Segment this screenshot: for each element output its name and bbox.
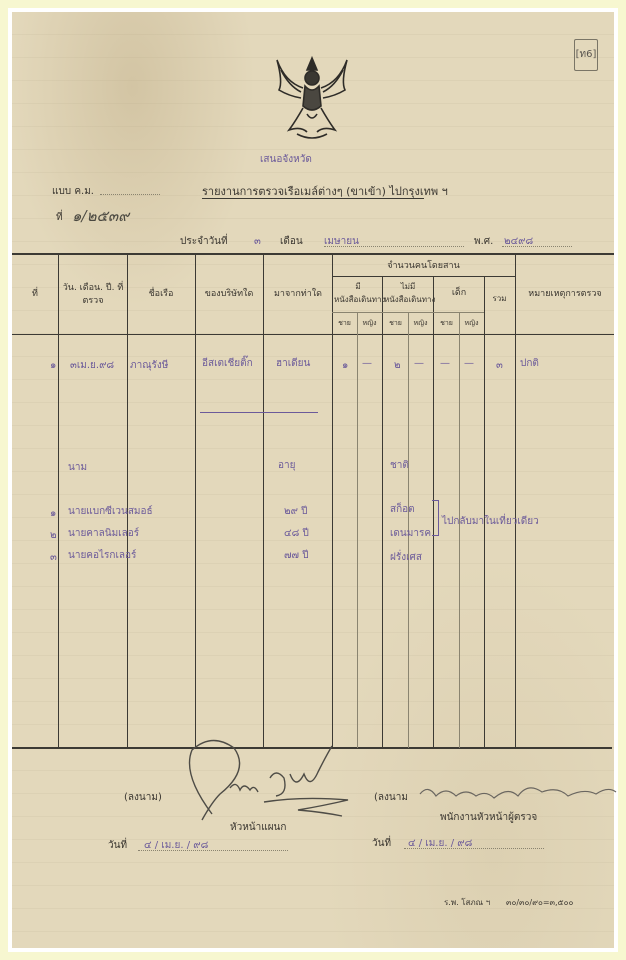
row-company: อีสเตเชียติ๊ก [202, 356, 253, 371]
row-ship-name: ภาณุรังษี [130, 358, 168, 373]
header-female: หญิง [459, 317, 484, 330]
passenger-no: ๓ [50, 550, 57, 565]
header-company: ของบริษัทใด [196, 288, 262, 301]
col-divider [127, 254, 128, 748]
header-total: รวม [484, 292, 515, 305]
header-bottom-border [12, 334, 614, 335]
col-divider [263, 254, 264, 748]
page-number: [ท6] [574, 39, 598, 71]
nationality-label: ชาติ [390, 458, 409, 473]
document-paper: [ท6] เสนอจังหวัด แบบ ค.ม. รายงานการตรวจเ… [12, 12, 614, 948]
form-code-label: แบบ ค.ม. [52, 184, 94, 199]
row-child-male: — [440, 358, 450, 369]
subcol-divider [357, 312, 358, 748]
header-children: เด็ก [434, 287, 484, 300]
row-remarks: ปกติ [520, 356, 539, 371]
row-with-male: ๑ [342, 358, 348, 373]
year-line [502, 246, 572, 247]
table-top-border [12, 253, 614, 255]
printer-name: ร.พ. โสภณ ฯ [444, 896, 490, 909]
col-divider [58, 254, 59, 748]
passenger-name: นายแบกซีเวนสมอธ์ [68, 504, 153, 519]
left-sign-position: หัวหน้าแผนก [230, 820, 286, 835]
age-label: อายุ [278, 458, 295, 473]
name-label: นาม [68, 460, 87, 475]
separator-line [200, 412, 318, 413]
left-date-label: วันที่ [108, 838, 127, 853]
header-divider [332, 312, 484, 313]
header-date: วัน. เดือน. ปี. ที่ตรวจ [60, 282, 126, 308]
header-no: ที่ [12, 288, 58, 301]
right-sign-position: พนักงานหัวหน้าผู้ตรวจ [440, 810, 537, 825]
garuda-emblem-icon [267, 52, 357, 144]
title-underline [202, 198, 424, 199]
year-label: พ.ศ. [474, 234, 493, 249]
print-code: ๓๐/๓๐/๙๐=๓,๕๐๐ [506, 896, 573, 909]
row-with-female: — [362, 358, 372, 369]
subcol-divider [459, 312, 460, 748]
header-passengers-group: จำนวนคนโดยสาน [332, 260, 515, 273]
header-female: หญิง [357, 317, 382, 330]
passenger-age: ๔๘ ปี [284, 526, 309, 541]
right-date-label: วันที่ [372, 836, 391, 851]
reference-label: ที่ [56, 210, 63, 225]
col-divider [195, 254, 196, 748]
month-label: เดือน [280, 234, 303, 249]
reference-value: ๑/๒๕๓๙ [72, 204, 129, 228]
report-day: ๓ [254, 234, 261, 249]
left-signature-icon [172, 734, 362, 824]
right-signature-icon [418, 780, 618, 806]
passenger-nationality: เดนมารค [390, 526, 431, 541]
header-male: ชาย [332, 317, 357, 330]
header-ship-name: ชื่อเรือ [128, 288, 194, 301]
passenger-age: ๒๙ ปี [284, 504, 307, 519]
row-total: ๓ [496, 358, 503, 373]
province-label: เสนอจังหวัด [260, 152, 312, 167]
header-divider [332, 276, 515, 277]
passenger-no: ๒ [50, 528, 57, 543]
bracket-mark [432, 500, 439, 536]
passenger-note: ไปกลับมาในเที่ยวเดียว [442, 514, 539, 529]
col-divider [484, 276, 485, 748]
header-male: ชาย [434, 317, 459, 330]
header-female: หญิง [408, 317, 433, 330]
right-date-line [404, 848, 544, 849]
passenger-name: นายคาลนิมเลอร์ [68, 526, 139, 541]
row-no: ๑ [50, 358, 56, 373]
row-child-female: — [464, 358, 474, 369]
header-from-port: มาจากท่าใด [264, 288, 332, 301]
row-date: ๓เม.ย.๙๘ [70, 358, 114, 373]
header-remarks: หมายเหตุการตรวจ [516, 288, 614, 301]
passenger-name: นายคอไรกเลอร์ [68, 548, 136, 563]
col-divider [515, 254, 516, 748]
passenger-nationality: สก็อต [390, 502, 415, 517]
row-without-male: ๒ [394, 358, 401, 373]
passenger-no: ๑ [50, 506, 56, 521]
header-male: ชาย [383, 317, 408, 330]
right-sign-label: (ลงนาม [374, 790, 408, 805]
left-sign-label: (ลงนาม) [124, 790, 162, 805]
passenger-nationality: ฝรั่งเศส [390, 550, 422, 565]
left-date-line [138, 850, 288, 851]
header-with-passport: มีหนังสือเดินทาง [334, 280, 382, 306]
form-code-line [100, 194, 160, 195]
passenger-age: ๗๗ ปี [284, 548, 309, 563]
date-prefix: ประจำวันที่ [180, 234, 228, 249]
header-without-passport: ไม่มีหนังสือเดินทาง [384, 280, 432, 306]
col-divider [382, 276, 383, 748]
month-line [324, 246, 464, 247]
row-from-port: ฮาเดียน [276, 356, 310, 371]
row-without-female: — [414, 358, 424, 369]
